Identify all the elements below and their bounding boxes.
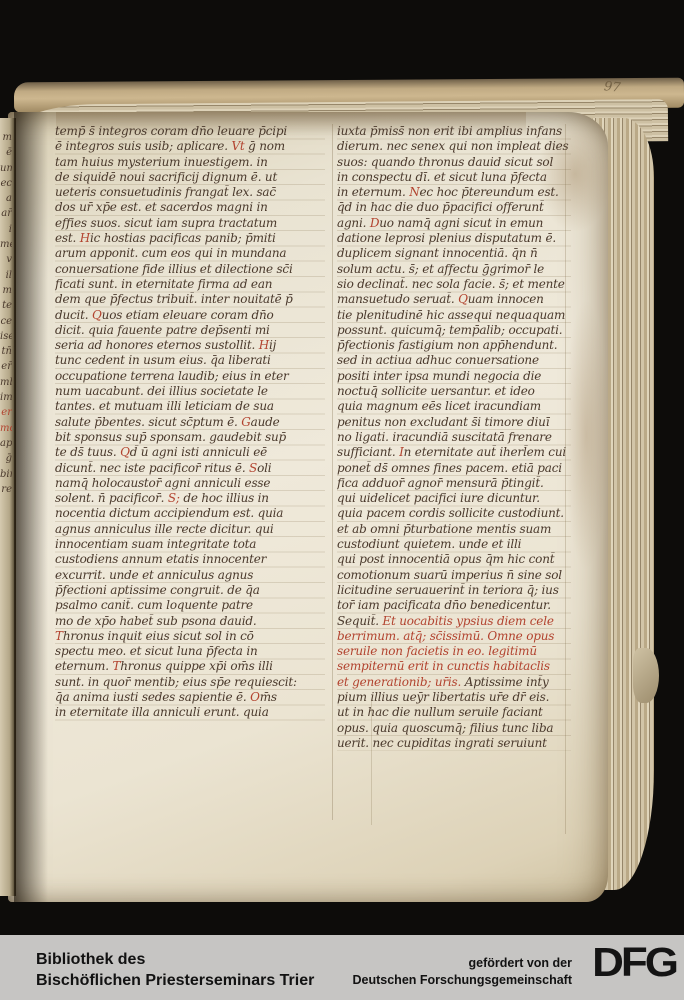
facing-page-fragments: mēumecaar̄imevilmteceisetn̄er̄mb;imermo.…: [0, 130, 12, 497]
facing-page-fragment: ap: [0, 436, 12, 451]
manuscript-line: datione leprosi plenius disputatum ē.: [337, 231, 571, 246]
manuscript-line: penitus non excludant s̄i timore diuī: [337, 415, 571, 430]
manuscript-line: sio declinat̄. nec sola facie. s̄; et me…: [337, 277, 571, 292]
facing-page-fragment: mb;: [0, 375, 12, 390]
manuscript-line: psalmo canit̄. cum loquente patre: [55, 598, 325, 613]
manuscript-line: custodiens annum etatis innocenter: [55, 552, 325, 567]
manuscript-line: sunt. in quor̄ mentib; eius sp̄e requies…: [55, 675, 325, 690]
facing-page-fragment: ar̄: [0, 206, 12, 221]
facing-page-fragment: m: [0, 283, 12, 298]
manuscript-line: dicunt̄. nec iste pacificor̄ ritus ē. So…: [55, 461, 325, 476]
manuscript-column-right: iuxta p̄miss̄ non erit ibi amplius infan…: [337, 124, 571, 751]
manuscript-line: comotionum suarū imperius n̄ sine sol: [337, 568, 571, 583]
manuscript-line: q̄a anima iusti sedes sapientie ē. Om̄s: [55, 690, 325, 705]
manuscript-line: nocentia dictum accipiendum est. quia: [55, 506, 325, 521]
manuscript-line: te ds̄ tuus. Qd̄ ū agni isti anniculi eē: [55, 445, 325, 460]
manuscript-line: occupatione terrena laudib; eius in eter: [55, 369, 325, 384]
manuscript-line: quia pacem cordis sollicite custodiunt.: [337, 506, 571, 521]
manuscript-line: iuxta p̄miss̄ non erit ibi amplius infan…: [337, 124, 571, 139]
manuscript-line: tunc cedent in usum eius. q̄a liberati: [55, 353, 325, 368]
manuscript-line: sed in actiua adhuc conuersatione: [337, 353, 571, 368]
manuscript-line: licitudine seruauerint̄ in teriora q̄; i…: [337, 583, 571, 598]
manuscript-line: p̄fectioni aptissime congruit. de q̄a: [55, 583, 325, 598]
manuscript-line: dicit. quia fauente patre dep̄senti mi: [55, 323, 325, 338]
manuscript-line: mo de xp̄o habet̄ sub psona dauid.: [55, 614, 325, 629]
manuscript-line: dierum. nec senex qui non impleat dies: [337, 139, 571, 154]
facing-page-fragment: tn̄: [0, 344, 12, 359]
manuscript-line: conuersatione fide illius et dilectione …: [55, 262, 325, 277]
manuscript-line: sempiternū erit in cunctis habitaclis: [337, 659, 571, 674]
manuscript-line: Sequit̄. Et uocabitis ypsius diem cele: [337, 614, 571, 629]
facing-page-fragment: il: [0, 268, 12, 283]
funding-caption-line2: Deutschen Forschungsgemeinschaft: [353, 972, 573, 989]
manuscript-line: tam huius mysterium inuestigem. in: [55, 155, 325, 170]
facing-page-fragment: um: [0, 161, 12, 176]
manuscript-line: tor̄ iam pacificata dn̄o benedicentur.: [337, 598, 571, 613]
manuscript-line: bit sponsus sup̄ sponsam. gaudebit sup̄: [55, 430, 325, 445]
facing-page-fragment: te: [0, 298, 12, 313]
manuscript-line: custodiunt quietem. unde et illi: [337, 537, 571, 552]
manuscript-line: solum actu. s̄; et affectu ḡgrimor̄ le: [337, 262, 571, 277]
manuscript-line: et generationib; ur̄is. Aptissime int̄y: [337, 675, 571, 690]
manuscript-line: quia magnum eēs licet iracundiam: [337, 399, 571, 414]
manuscript-line: duplicem signant innocentiā. q̄n n̄: [337, 246, 571, 261]
facing-page-fragment: v: [0, 252, 12, 267]
dfg-logo: DFG: [592, 943, 676, 983]
manuscript-line: mansuetudo seruat̄. Quam innocen: [337, 292, 571, 307]
manuscript-line: dos ur̄ xp̄e est. et sacerdos magni in: [55, 200, 325, 215]
manuscript-line: Thronus inquit eius sicut sol in cō: [55, 629, 325, 644]
manuscript-line: namq̄ holocaustor̄ agni anniculi esse: [55, 476, 325, 491]
funding-caption: gefördert von der Deutschen Forschungsge…: [353, 955, 573, 989]
manuscript-line: suos: quando thronus dauid sicut sol: [337, 155, 571, 170]
manuscript-line: qui post innocentiā opus q̄m hic cont̄: [337, 552, 571, 567]
manuscript-line: ueteris consuetudinis frangat̄ lex. sac̄: [55, 185, 325, 200]
manuscript-line: dem que p̄fectus tribuit̄. inter nouitat…: [55, 292, 325, 307]
manuscript-line: eternum. Thronus quippe xp̄i om̄s illi: [55, 659, 325, 674]
manuscript-line: effies suos. sicut iam supra tractatum: [55, 216, 325, 231]
manuscript-line: opus. quia quoscumq̄; filius tunc liba: [337, 721, 571, 736]
facing-page-fragment: re: [0, 482, 12, 497]
footer-bar: Bibliothek des Bischöflichen Priestersem…: [0, 935, 684, 1000]
manuscript-line: agnus anniculus ille recte dicitur. qui: [55, 522, 325, 537]
library-caption-line1: Bibliothek des: [36, 949, 314, 970]
manuscript-line: innocentiam suam integritate tota: [55, 537, 325, 552]
manuscript-line: ponet̄ ds̄ omnes fines pacem. etiā paci: [337, 461, 571, 476]
manuscript-line: temp̄ s̄ integros coram dn̄o leuare p̄ci…: [55, 124, 325, 139]
manuscript-line: uerit. nec cupiditas ingrati seruiunt: [337, 736, 571, 751]
manuscript-line: in conspectu dī. et sicut luna p̄fecta: [337, 170, 571, 185]
manuscript-line: tantes. et mutuam illi leticiam de sua: [55, 399, 325, 414]
manuscript-photo: mēumecaar̄imevilmteceisetn̄er̄mb;imermo.…: [0, 0, 684, 1000]
library-caption-line2: Bischöflichen Priesterseminars Trier: [36, 970, 314, 991]
column-divider-rule: [332, 124, 333, 820]
manuscript-line: est. Hic hostias pacificas panib; p̄miti: [55, 231, 325, 246]
facing-page-fragment: me: [0, 237, 12, 252]
manuscript-line: sufficiant. In eternitate aut̄ iherl̄em …: [337, 445, 571, 460]
facing-page-fragment: im: [0, 390, 12, 405]
manuscript-line: in eternitate illa anniculi erunt. quia: [55, 705, 325, 720]
facing-page-fragment: bir: [0, 467, 12, 482]
manuscript-line: solent. n̄ pacificor̄. S; de hoc illius …: [55, 491, 325, 506]
facing-page-fragment: ḡ: [0, 451, 12, 466]
facing-page-fragment: mo.: [0, 421, 12, 436]
manuscript-line: positi inter ipsa mundi negocia die: [337, 369, 571, 384]
facing-page-fragment: ē: [0, 145, 12, 160]
manuscript-line: ut in hac die nullum seruile faciant: [337, 705, 571, 720]
facing-page-fragment: m: [0, 130, 12, 145]
vertical-rule-right: [565, 124, 566, 834]
facing-page-fragment: er: [0, 405, 12, 420]
manuscript-line: noctuq̄ sollicite uersantur. et ideo: [337, 384, 571, 399]
manuscript-line: num uacabunt. dei illius societate le: [55, 384, 325, 399]
manuscript-line: de siquidē noui sacrificij dignum ē. ut: [55, 170, 325, 185]
manuscript-line: seruile non facietis in eo. legitimū: [337, 644, 571, 659]
manuscript-line: no ligati. iracundiā suscitatā frenare: [337, 430, 571, 445]
facing-page-fragment: i: [0, 222, 12, 237]
manuscript-line: spectu meo. et sicut luna p̄fecta in: [55, 644, 325, 659]
gutter-shadow: [14, 112, 48, 902]
vertical-rule-lower: [371, 700, 372, 825]
manuscript-line: possunt. quicumq̄; temp̄alib; occupati.: [337, 323, 571, 338]
manuscript-line: pium illius ueȳr libertatis ur̄e dr̄ ei…: [337, 690, 571, 705]
manuscript-line: seria ad honores eternos sustollit. Hij: [55, 338, 325, 353]
manuscript-line: arum apponit. cum eos qui in mundana: [55, 246, 325, 261]
manuscript-column-left: temp̄ s̄ integros coram dn̄o leuare p̄ci…: [55, 124, 325, 721]
manuscript-line: et ab omni p̄turbatione mentis suam: [337, 522, 571, 537]
manuscript-line: berrimum. atq̄; sc̄issimū. Omne opus: [337, 629, 571, 644]
facing-page-fragment: er̄: [0, 359, 12, 374]
library-caption: Bibliothek des Bischöflichen Priestersem…: [36, 949, 314, 991]
manuscript-line: p̄fectionis fastigium non app̄hendunt.: [337, 338, 571, 353]
manuscript-line: ē integros suis usib; aplicare. Vt ḡ no…: [55, 139, 325, 154]
manuscript-line: q̄d in hac die duo p̄pacifici offerunt̄: [337, 200, 571, 215]
folio-number: 97: [603, 79, 621, 96]
manuscript-line: salute p̄bentes. sicut sc̄ptum ē. Gaude: [55, 415, 325, 430]
manuscript-line: fica adduor̄ agnor̄ mensurā p̄tingit̄.: [337, 476, 571, 491]
funding-caption-line1: gefördert von der: [353, 955, 573, 972]
manuscript-line: ducit. Quos etiam eleuare coram dn̄o: [55, 308, 325, 323]
manuscript-line: qui uidelicet pacifici iure dicuntur.: [337, 491, 571, 506]
facing-page-fragment: ce: [0, 314, 12, 329]
fore-edge-tab: [633, 648, 659, 703]
manuscript-line: ficati sunt. in eternitate firma ad ean: [55, 277, 325, 292]
facing-page-fragment: ise: [0, 329, 12, 344]
manuscript-line: agni. Duo namq̄ agni sicut in emun: [337, 216, 571, 231]
facing-page-fragment: a: [0, 191, 12, 206]
manuscript-line: in eternum. Nec hoc p̄tereundum est.: [337, 185, 571, 200]
facing-page-fragment: ec: [0, 176, 12, 191]
manuscript-line: tie plenitudinē hic assequi nequaquam: [337, 308, 571, 323]
manuscript-line: excurrit. unde et anniculus agnus: [55, 568, 325, 583]
